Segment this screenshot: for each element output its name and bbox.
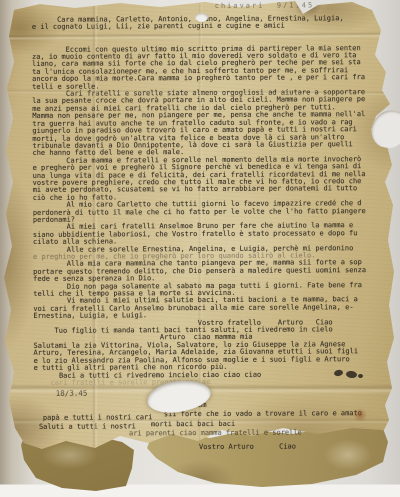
letter-body: Cara mammina, Carletto, Antonio, Bruno, … bbox=[32, 15, 390, 387]
torn-fragment-line: Saluti a tutti i nostri bbox=[39, 422, 136, 431]
torn-fragment-line: ari parenti ciao mamma fratelli e sorell… bbox=[129, 428, 302, 437]
torn-fragment-line: Vostro Arturo Ciao bbox=[199, 443, 296, 452]
torn-fragment-line: sii forte che io vado a trovare il caro … bbox=[164, 409, 362, 418]
letter-second-date: 18/3.45 bbox=[56, 389, 88, 398]
letter-line: cari fratelli e sorelle pregate per me bbox=[34, 378, 390, 387]
torn-hole bbox=[195, 13, 208, 22]
letter-torn-fragments: Cara mampapà e tutti i nostri carisii fo… bbox=[0, 0, 399, 1]
photo-of-typewritten-letter: chiavari 9/1.45 Cara mammina, Carletto, … bbox=[0, 0, 400, 497]
rust-stain bbox=[352, 409, 368, 421]
letter-text-layer: chiavari 9/1.45 Cara mammina, Carletto, … bbox=[0, 0, 400, 497]
torn-fragment-line: papà e tutti i nostri cari bbox=[43, 413, 153, 422]
torn-fragment-line: morti baci baci baci bbox=[151, 420, 235, 428]
letter-dateline: chiavari 9/1.45 bbox=[215, 1, 314, 10]
ink-speck bbox=[358, 374, 363, 378]
